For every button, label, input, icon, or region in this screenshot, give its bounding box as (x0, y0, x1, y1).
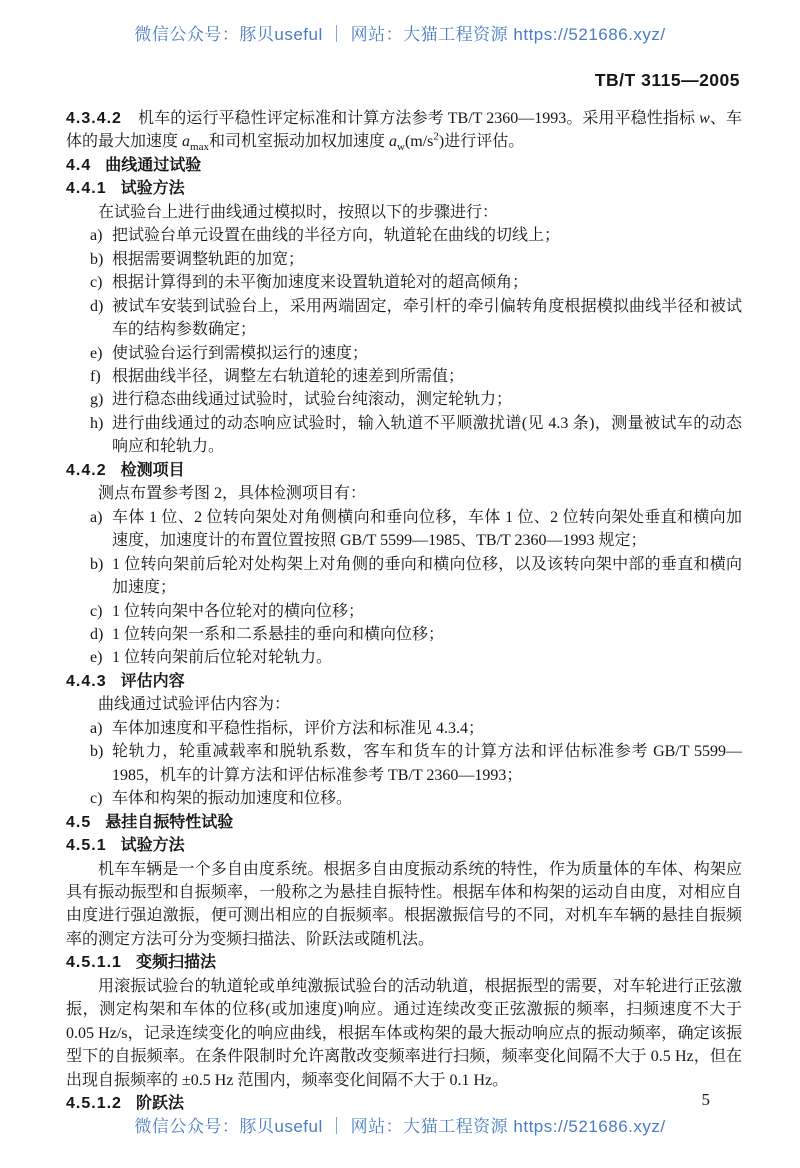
list-item: c)根据计算得到的未平衡加速度来设置轨道轮对的超高倾角； (66, 271, 742, 294)
page-number: 5 (702, 1090, 711, 1110)
section-heading: 4.4曲线通过试验 (66, 154, 742, 177)
paragraph: 机车车辆是一个多自由度系统。根据多自由度振动系统的特性，作为质量体的车体、构架应… (66, 858, 742, 952)
list-item: d)1 位转向架一系和二系悬挂的垂向和横向位移； (66, 623, 742, 646)
paragraph: 在试验台上进行曲线通过模拟时，按照以下的步骤进行： (66, 201, 742, 224)
section-heading: 4.4.3评估内容 (66, 670, 742, 693)
header-watermark: 微信公众号：豚贝useful ｜ 网站：大猫工程资源 https://52168… (0, 20, 800, 45)
paragraph: 用滚振试验台的轨道轮或单纯激振试验台的活动轨道，根据振型的需要，对车轮进行正弦激… (66, 975, 742, 1092)
section-heading: 4.5悬挂自振特性试验 (66, 811, 742, 834)
list-item: g)进行稳态曲线通过试验时，试验台纯滚动，测定轮轨力； (66, 388, 742, 411)
list-item: a)把试验台单元设置在曲线的半径方向，轨道轮在曲线的切线上； (66, 224, 742, 247)
document-body: 4.3.4.2机车的运行平稳性评定标准和计算方法参考 TB/T 2360—199… (66, 107, 742, 1115)
section-heading: 4.5.1试验方法 (66, 834, 742, 857)
list-item: e)使试验台运行到需模拟运行的速度； (66, 342, 742, 365)
paragraph: 测点布置参考图 2，具体检测项目有： (66, 482, 742, 505)
list-item: b)根据需要调整轨距的加宽； (66, 248, 742, 271)
paragraph: 曲线通过试验评估内容为： (66, 693, 742, 716)
list-item: b)1 位转向架前后轮对处构架上对角侧的垂向和横向位移，以及该转向架中部的垂直和… (66, 553, 742, 600)
section-heading: 4.5.1.1变频扫描法 (66, 951, 742, 974)
list-item: c)1 位转向架中各位轮对的横向位移； (66, 600, 742, 623)
list-item: h)进行曲线通过的动态响应试验时，输入轨道不平顺激扰谱(见 4.3 条)，测量被… (66, 412, 742, 459)
footer-watermark: 微信公众号：豚贝useful ｜ 网站：大猫工程资源 https://52168… (0, 1112, 800, 1137)
paragraph: 4.3.4.2机车的运行平稳性评定标准和计算方法参考 TB/T 2360—199… (66, 107, 742, 154)
doc-standard-number: TB/T 3115—2005 (595, 70, 740, 91)
section-heading: 4.4.2检测项目 (66, 459, 742, 482)
list-item: f)根据曲线半径，调整左右轨道轮的速差到所需值； (66, 365, 742, 388)
list-item: d)被试车安装到试验台上，采用两端固定，牵引杆的牵引偏转角度根据模拟曲线半径和被… (66, 295, 742, 342)
list-item: b)轮轨力，轮重减载率和脱轨系数，客车和货车的计算方法和评估标准参考 GB/T … (66, 740, 742, 787)
section-heading: 4.4.1试验方法 (66, 177, 742, 200)
scanned-document-page: 微信公众号：豚贝useful ｜ 网站：大猫工程资源 https://52168… (0, 0, 800, 1168)
list-item: a)车体 1 位、2 位转向架处对角侧横向和垂向位移，车体 1 位、2 位转向架… (66, 506, 742, 553)
list-item: c)车体和构架的振动加速度和位移。 (66, 787, 742, 810)
list-item: a)车体加速度和平稳性指标，评价方法和标准见 4.3.4； (66, 717, 742, 740)
list-item: e)1 位转向架前后位轮对轮轨力。 (66, 646, 742, 669)
